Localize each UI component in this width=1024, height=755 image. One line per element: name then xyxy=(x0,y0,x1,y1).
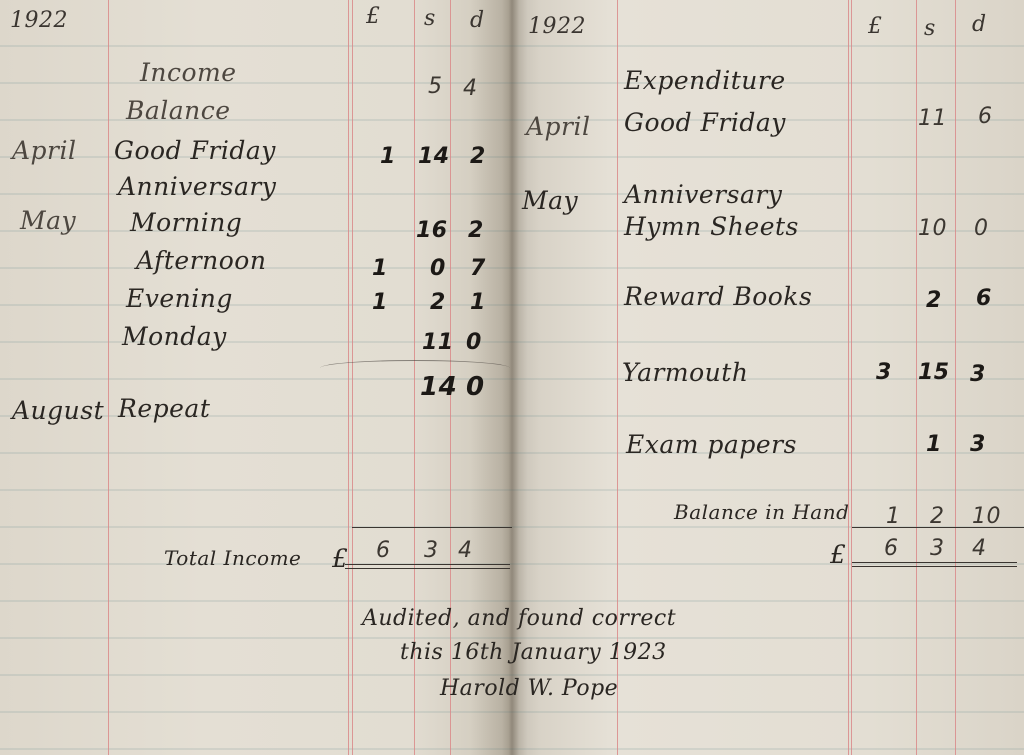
row-month: April xyxy=(12,136,77,165)
shillings-header: s xyxy=(424,6,436,31)
row-pence: 2 xyxy=(470,144,486,169)
pence-header: d xyxy=(972,12,987,37)
row-pence: 0 xyxy=(466,330,482,355)
ledger-book: 1922 £ s d Income Balance 5 4 April Good… xyxy=(0,0,1024,755)
auditor-signature: Harold W. Pope xyxy=(440,676,618,701)
section-title: Income xyxy=(140,58,237,87)
row-shillings: 1 xyxy=(926,432,942,457)
row-month: May xyxy=(522,186,578,215)
row-shillings: 11 xyxy=(422,330,454,355)
row-month: May xyxy=(20,206,76,235)
row-shillings: 14 xyxy=(418,144,450,169)
row-item: Afternoon xyxy=(136,246,266,275)
row-item: Good Friday xyxy=(624,108,786,137)
row-item: Good Friday xyxy=(114,136,276,165)
total-shillings: 3 xyxy=(930,536,945,561)
row-pence: 7 xyxy=(470,256,486,281)
row-shillings: 11 xyxy=(918,106,947,131)
row-shillings: 15 xyxy=(918,360,950,385)
total-double-rule xyxy=(345,564,510,569)
audit-line-2: this 16th January 1923 xyxy=(400,640,667,665)
row-shillings: 2 xyxy=(926,288,942,313)
row-item: Repeat xyxy=(118,394,210,423)
section-title: Expenditure xyxy=(624,66,786,95)
row-pence: 1 xyxy=(470,290,486,315)
row-pence: 0 xyxy=(974,216,989,241)
row-pence: 3 xyxy=(970,362,986,387)
shillings-header: s xyxy=(924,16,936,41)
row-item: Anniversary xyxy=(118,172,276,201)
row-item: Anniversary xyxy=(624,180,782,209)
row-shillings: 2 xyxy=(430,290,446,315)
balance-rule xyxy=(852,527,1024,528)
row-pence: 6 xyxy=(976,286,992,311)
row-month: August xyxy=(12,396,104,425)
total-double-rule xyxy=(852,562,1017,567)
total-pence: 4 xyxy=(972,536,987,561)
row-item: Balance xyxy=(126,96,231,125)
subtotal-pence: 0 xyxy=(466,372,485,402)
pounds-header: £ xyxy=(366,4,381,29)
row-shillings: 10 xyxy=(918,216,947,241)
row-pence: 6 xyxy=(978,104,993,129)
subtotal-curve-line xyxy=(320,360,510,369)
row-pounds: 1 xyxy=(380,144,396,169)
subtotal-shillings: 14 xyxy=(420,372,457,402)
row-item: Monday xyxy=(122,322,227,351)
row-pence: 3 xyxy=(970,432,986,457)
total-pounds: 6 xyxy=(884,536,899,561)
total-currency: £ xyxy=(830,540,846,569)
balance-shillings: 2 xyxy=(930,504,945,529)
total-shillings: 3 xyxy=(424,538,439,563)
total-income-label: Total Income xyxy=(164,546,301,570)
balance-pence: 10 xyxy=(972,504,1001,529)
total-pence: 4 xyxy=(458,538,473,563)
pounds-header: £ xyxy=(868,14,883,39)
row-item: Evening xyxy=(126,284,233,313)
audit-line-1: Audited, and found correct xyxy=(362,606,676,631)
row-pence: 4 xyxy=(463,76,478,101)
row-item: Reward Books xyxy=(624,282,812,311)
total-pounds: 6 xyxy=(376,538,391,563)
balance-label: Balance in Hand xyxy=(674,500,849,524)
row-item: Yarmouth xyxy=(622,358,748,387)
pence-header: d xyxy=(470,8,485,33)
year-label: 1922 xyxy=(528,14,586,39)
row-month: April xyxy=(526,112,591,141)
row-shillings: 5 xyxy=(428,74,443,99)
row-pounds: 1 xyxy=(372,256,388,281)
total-top-rule xyxy=(352,527,512,528)
row-pounds: 3 xyxy=(876,360,892,385)
row-pence: 2 xyxy=(468,218,484,243)
row-shillings: 16 xyxy=(416,218,448,243)
balance-pounds: 1 xyxy=(886,504,901,529)
row-item: Hymn Sheets xyxy=(624,212,799,241)
row-item: Exam papers xyxy=(626,430,797,459)
row-item: Morning xyxy=(130,208,242,237)
row-pounds: 1 xyxy=(372,290,388,315)
row-shillings: 0 xyxy=(430,256,446,281)
year-label: 1922 xyxy=(10,8,68,33)
